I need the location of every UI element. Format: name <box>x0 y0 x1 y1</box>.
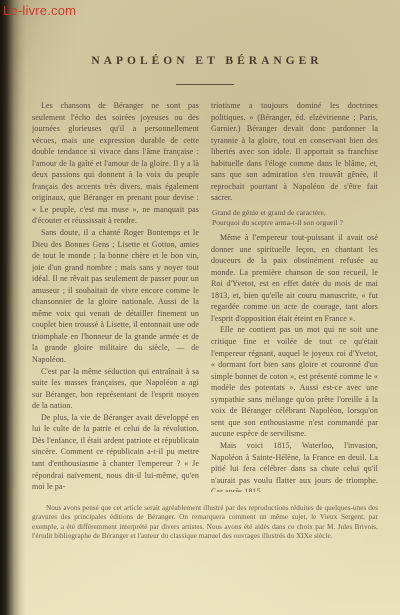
paragraph: Même à l'empereur tout-puissant il avait… <box>211 232 378 324</box>
paragraph: De plus, la vie de Béranger avait dévelo… <box>32 412 199 492</box>
verse-line: Pourquoi du sceptre arma-t-il son orguei… <box>212 218 378 228</box>
page-body: NAPOLÉON ET BÉRANGER Les chansons de Bér… <box>0 0 400 542</box>
verse-quotation: Grand de génie et grand de caractère, Po… <box>212 208 378 227</box>
right-column: triotisme a toujours dominé les doctrine… <box>211 100 378 492</box>
verse-line: Grand de génie et grand de caractère, <box>212 208 378 218</box>
scanned-book-page: Le-livre.com NAPOLÉON ET BÉRANGER Les ch… <box>0 0 400 615</box>
paragraph-continuation: triotisme a toujours dominé les doctrine… <box>211 100 378 204</box>
paragraph: Sans doute, il a chanté Roger Bontemps e… <box>32 227 199 366</box>
paragraph: C'est par la même séduction qui entraîna… <box>32 366 199 412</box>
title-divider-rule <box>176 84 234 85</box>
article-title: NAPOLÉON ET BÉRANGER <box>32 55 378 67</box>
paragraph: Mais voici 1815, Waterloo, l'invasion, N… <box>211 440 378 492</box>
paragraph: Les chansons de Béranger ne sont pas seu… <box>32 100 199 227</box>
paragraph: Elle ne contient pas un mot qui ne soit … <box>211 324 378 439</box>
left-column: Les chansons de Béranger ne sont pas seu… <box>32 100 199 492</box>
footnote-text: Nous avons pensé que cet article serait … <box>32 504 378 542</box>
text-columns: Les chansons de Béranger ne sont pas seu… <box>32 100 378 492</box>
